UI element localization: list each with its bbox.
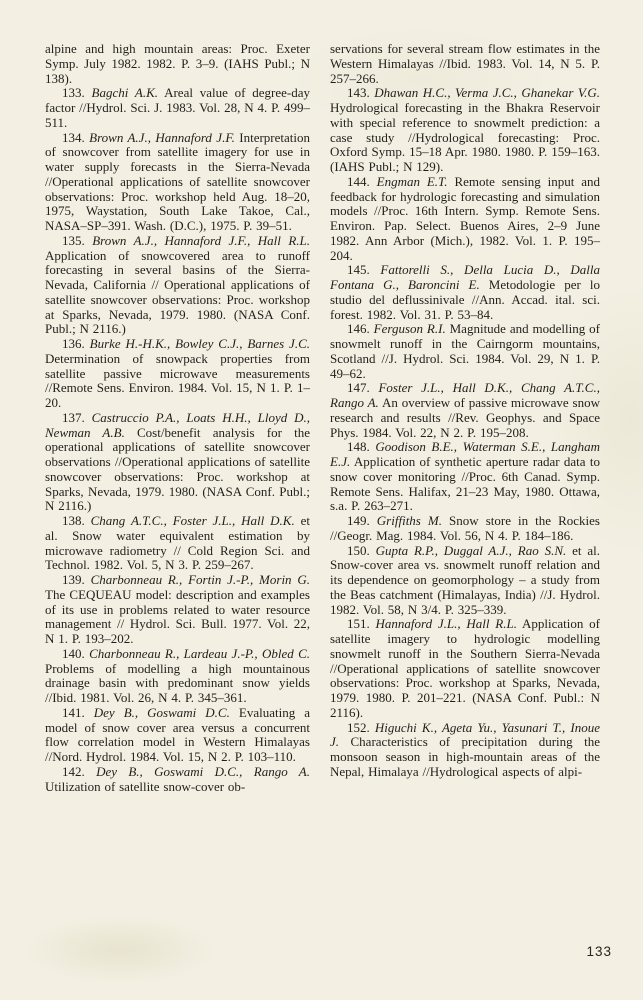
continuation-text: servations for several stream flow estim… xyxy=(330,41,600,86)
reference-number: 147. xyxy=(347,380,370,395)
reference-entry-149: 149. Griffiths M. Snow store in the Rock… xyxy=(330,514,600,544)
reference-text: Hydrological forecasting in the Bhakra R… xyxy=(330,100,600,174)
reference-entry-142: 142. Dey B., Goswami D.C., Rango A. Util… xyxy=(45,765,310,795)
reference-number: 146. xyxy=(347,321,370,336)
reference-entry-144: 144. Engman E.T. Remote sensing input an… xyxy=(330,175,600,264)
reference-authors: Burke H.-H.K., Bowley C.J., Barnes J.C. xyxy=(90,336,310,351)
reference-number: 135. xyxy=(62,233,85,248)
reference-authors: Dhawan H.C., Verma J.C., Ghanekar V.G. xyxy=(374,85,600,100)
right-column: servations for several stream flow estim… xyxy=(330,42,600,794)
reference-number: 133. xyxy=(62,85,85,100)
reference-text: Magnitude and modelling of snowmelt runo… xyxy=(330,321,600,380)
scanned-bibliography-page: alpine and high mountain areas: Proc. Ex… xyxy=(0,0,643,1000)
reference-authors: Chang A.T.C., Foster J.L., Hall D.K. xyxy=(91,513,295,528)
left-column: alpine and high mountain areas: Proc. Ex… xyxy=(45,42,310,794)
reference-number: 134. xyxy=(62,130,85,145)
reference-text: Snow store in the Rockies //Geogr. Mag. … xyxy=(330,513,600,543)
continuation-paragraph: alpine and high mountain areas: Proc. Ex… xyxy=(45,42,310,86)
reference-authors: Brown A.J., Hannaford J.F., Hall R.L. xyxy=(92,233,310,248)
reference-text: Determination of snowpack properties fro… xyxy=(45,351,310,410)
reference-number: 151. xyxy=(347,616,370,631)
reference-number: 143. xyxy=(347,85,370,100)
reference-authors: Dey B., Goswami D.C., Rango A. xyxy=(96,764,310,779)
reference-authors: Dey B., Goswami D.C. xyxy=(94,705,230,720)
reference-number: 150. xyxy=(347,543,370,558)
reference-text: Remote sensing input and feedback for hy… xyxy=(330,174,600,263)
reference-entry-151: 151. Hannaford J.L., Hall R.L. Applicati… xyxy=(330,617,600,720)
reference-number: 137. xyxy=(62,410,85,425)
reference-number: 152. xyxy=(347,720,370,735)
reference-number: 139. xyxy=(62,572,85,587)
reference-entry-148: 148. Goodison B.E., Waterman S.E., Langh… xyxy=(330,440,600,514)
reference-authors: Charbonneau R., Lardeau J.-P., Obled C. xyxy=(89,646,310,661)
reference-number: 144. xyxy=(347,174,370,189)
reference-entry-135: 135. Brown A.J., Hannaford J.F., Hall R.… xyxy=(45,234,310,337)
reference-number: 145. xyxy=(347,262,370,277)
reference-number: 140. xyxy=(62,646,85,661)
reference-text: Problems of modelling a high mountainous… xyxy=(45,661,310,706)
reference-authors: Gupta R.P., Duggal A.J., Rao S.N. xyxy=(376,543,567,558)
reference-authors: Griffiths M. xyxy=(377,513,442,528)
reference-text: Utilization of satellite snow-cover ob- xyxy=(45,779,245,794)
reference-text: Characteristics of precipitation during … xyxy=(330,734,600,779)
reference-entry-137: 137. Castruccio P.A., Loats H.H., Lloyd … xyxy=(45,411,310,514)
reference-entry-152: 152. Higuchi K., Ageta Yu., Yasunari T.,… xyxy=(330,721,600,780)
continuation-text: alpine and high mountain areas: Proc. Ex… xyxy=(45,41,310,86)
reference-authors: Brown A.J., Hannaford J.F. xyxy=(89,130,235,145)
reference-entry-143: 143. Dhawan H.C., Verma J.C., Ghanekar V… xyxy=(330,86,600,175)
reference-text: Areal value of degree-day factor //Hydro… xyxy=(45,85,310,130)
reference-entry-147: 147. Foster J.L., Hall D.K., Chang A.T.C… xyxy=(330,381,600,440)
reference-number: 138. xyxy=(62,513,85,528)
reference-text: Interpretation of snowcover from satelli… xyxy=(45,130,310,234)
reference-entry-146: 146. Ferguson R.I. Magnitude and modelli… xyxy=(330,322,600,381)
reference-number: 149. xyxy=(347,513,370,528)
reference-authors: Engman E.T. xyxy=(377,174,448,189)
reference-text: Application of snowcovered area to runof… xyxy=(45,248,310,337)
continuation-paragraph: servations for several stream flow estim… xyxy=(330,42,600,86)
reference-text: Application of synthetic aperture radar … xyxy=(330,454,600,513)
reference-authors: Charbonneau R., Fortin J.-P., Morin G. xyxy=(91,572,310,587)
reference-entry-139: 139. Charbonneau R., Fortin J.-P., Morin… xyxy=(45,573,310,647)
reference-number: 142. xyxy=(62,764,85,779)
reference-entry-133: 133. Bagchi A.K. Areal value of degree-d… xyxy=(45,86,310,130)
reference-number: 141. xyxy=(62,705,85,720)
two-column-text-block: alpine and high mountain areas: Proc. Ex… xyxy=(0,0,643,794)
reference-entry-141: 141. Dey B., Goswami D.C. Evaluating a m… xyxy=(45,706,310,765)
reference-entry-138: 138. Chang A.T.C., Foster J.L., Hall D.K… xyxy=(45,514,310,573)
reference-entry-134: 134. Brown A.J., Hannaford J.F. Interpre… xyxy=(45,131,310,234)
reference-entry-140: 140. Charbonneau R., Lardeau J.-P., Oble… xyxy=(45,647,310,706)
reference-entry-145: 145. Fattorelli S., Della Lucia D., Dall… xyxy=(330,263,600,322)
reference-entry-150: 150. Gupta R.P., Duggal A.J., Rao S.N. e… xyxy=(330,544,600,618)
reference-authors: Bagchi A.K. xyxy=(92,85,158,100)
reference-entry-136: 136. Burke H.-H.K., Bowley C.J., Barnes … xyxy=(45,337,310,411)
reference-number: 136. xyxy=(62,336,85,351)
reference-number: 148. xyxy=(347,439,370,454)
reference-text: Application of satellite imagery to hydr… xyxy=(330,616,600,720)
reference-authors: Hannaford J.L., Hall R.L. xyxy=(376,616,517,631)
page-number: 133 xyxy=(586,945,612,960)
reference-text: The CEQUEAU model: description and examp… xyxy=(45,587,310,646)
reference-authors: Ferguson R.I. xyxy=(374,321,446,336)
